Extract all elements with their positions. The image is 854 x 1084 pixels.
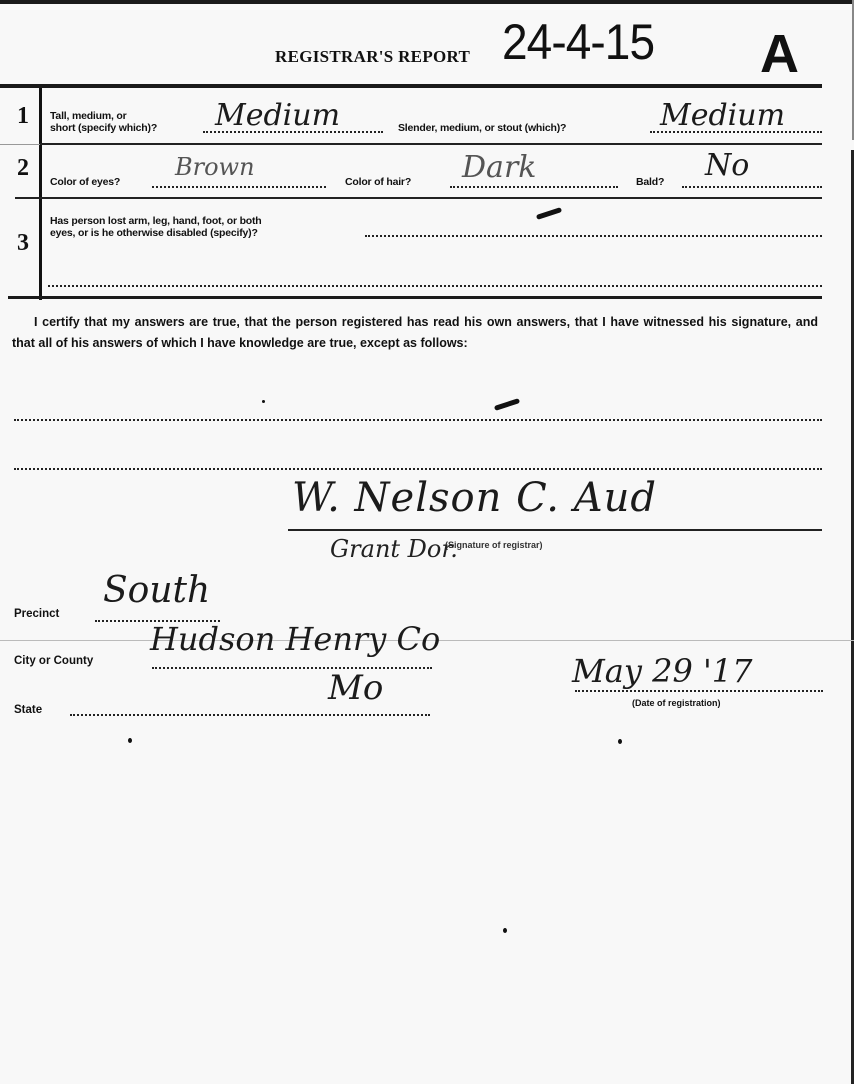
question-block-bottom-rule xyxy=(8,296,822,299)
hair-color-field-line xyxy=(450,186,618,188)
disability-field-line-1 xyxy=(365,235,822,237)
city-county-field-line xyxy=(152,667,432,669)
build-label: Slender, medium, or stout (which)? xyxy=(398,122,566,134)
serial-letter: A xyxy=(760,24,799,84)
disability-label: Has person lost arm, leg, hand, foot, or… xyxy=(50,215,262,239)
state-label: State xyxy=(14,704,42,716)
bald-value: No xyxy=(705,148,749,183)
disability-field-line-2 xyxy=(48,285,822,287)
exceptions-line-2 xyxy=(14,468,822,470)
certification-statement: I certify that my answers are true, that… xyxy=(12,315,818,350)
ink-speck xyxy=(618,739,622,744)
eye-color-value: Brown xyxy=(175,153,255,181)
bald-label: Bald? xyxy=(636,176,664,188)
row-1-rule xyxy=(40,143,822,145)
ink-speck xyxy=(128,738,132,743)
ink-speck xyxy=(503,928,507,933)
registrar-annotation: Grant Dor. xyxy=(330,535,458,563)
disability-label-line2: eyes, or is he otherwise disabled (speci… xyxy=(50,227,262,239)
hair-color-label: Color of hair? xyxy=(345,176,411,188)
row-1-rule-faint xyxy=(0,144,40,145)
registration-date-line xyxy=(575,690,823,692)
state-field-line xyxy=(70,714,430,716)
ink-speck xyxy=(262,400,265,403)
row-number-3: 3 xyxy=(17,230,29,257)
height-value: Medium xyxy=(215,98,340,133)
exceptions-line-1 xyxy=(14,419,822,421)
certification-text: I certify that my answers are true, that… xyxy=(12,312,818,354)
bald-field-line xyxy=(682,186,822,188)
height-label: Tall, medium, or short (specify which)? xyxy=(50,110,157,134)
hair-color-value: Dark xyxy=(462,150,536,185)
question-block-left-border xyxy=(39,88,42,300)
disability-label-line1: Has person lost arm, leg, hand, foot, or… xyxy=(50,215,262,227)
height-label-line1: Tall, medium, or xyxy=(50,110,157,122)
header-rule xyxy=(0,84,822,88)
exceptions-dash-mark xyxy=(494,398,520,411)
disability-dash-mark xyxy=(536,207,562,220)
precinct-value: South xyxy=(103,570,210,611)
eye-color-label: Color of eyes? xyxy=(50,176,120,188)
signature-caption: (Signature of registrar) xyxy=(445,540,543,550)
serial-number: 24-4-15 xyxy=(502,12,654,72)
registrar-signature: W. Nelson C. Aud xyxy=(292,475,657,521)
city-county-label: City or County xyxy=(14,655,93,667)
height-label-line2: short (specify which)? xyxy=(50,122,157,134)
registration-date-caption: (Date of registration) xyxy=(632,698,721,708)
build-value: Medium xyxy=(660,98,785,133)
registration-date-value: May 29 '17 xyxy=(572,652,753,690)
precinct-label: Precinct xyxy=(14,608,59,620)
signature-line xyxy=(288,529,822,531)
state-value: Mo xyxy=(328,668,383,708)
row-number-2: 2 xyxy=(17,155,29,182)
city-county-value: Hudson Henry Co xyxy=(150,620,440,658)
eye-color-field-line xyxy=(152,186,326,188)
row-number-1: 1 xyxy=(17,103,29,130)
row-2-rule xyxy=(15,197,822,199)
card-top-edge xyxy=(0,0,854,4)
document-title: REGISTRAR'S REPORT xyxy=(275,47,470,67)
registration-card: REGISTRAR'S REPORT 24-4-15 A 1 Tall, med… xyxy=(0,0,854,1084)
